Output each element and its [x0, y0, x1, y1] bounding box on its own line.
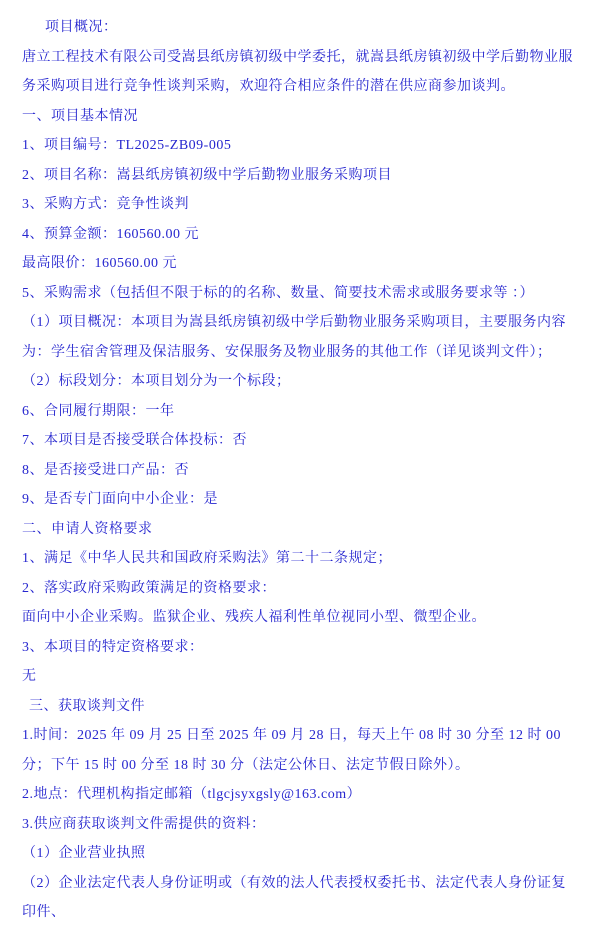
item-business-license: （1）企业营业执照 — [22, 839, 578, 869]
item-specific-qualification-none: 无 — [22, 662, 578, 692]
section1-heading: 一、项目基本情况 — [22, 102, 578, 132]
item-imported-products: 8、是否接受进口产品：否 — [22, 456, 578, 486]
item-lot-division: （2）标段划分：本项目划分为一个标段； — [22, 367, 578, 397]
procurement-announcement-document: 项目概况： 唐立工程技术有限公司受嵩县纸房镇初级中学委托，就嵩县纸房镇初级中学后… — [0, 0, 598, 929]
item-policy-qualification: 2、落实政府采购政策满足的资格要求： — [22, 574, 578, 604]
item-procurement-method: 3、采购方式：竞争性谈判 — [22, 190, 578, 220]
section3-heading: 三、获取谈判文件 — [22, 692, 578, 722]
section2-heading: 二、申请人资格要求 — [22, 515, 578, 545]
item-demand-overview: （1）项目概况：本项目为嵩县纸房镇初级中学后勤物业服务采购项目，主要服务内容为：… — [22, 308, 578, 367]
item-specific-qualification: 3、本项目的特定资格要求： — [22, 633, 578, 663]
intro-paragraph: 唐立工程技术有限公司受嵩县纸房镇初级中学委托，就嵩县纸房镇初级中学后勤物业服务采… — [22, 43, 578, 102]
item-budget-amount: 4、预算金额：160560.00 元 — [22, 220, 578, 250]
item-sme-oriented: 9、是否专门面向中小企业：是 — [22, 485, 578, 515]
item-required-materials: 3.供应商获取谈判文件需提供的资料： — [22, 810, 578, 840]
item-max-price: 最高限价：160560.00 元 — [22, 249, 578, 279]
item-law-article22: 1、满足《中华人民共和国政府采购法》第二十二条规定； — [22, 544, 578, 574]
item-acquisition-time: 1.时间：2025 年 09 月 25 日至 2025 年 09 月 28 日，… — [22, 721, 578, 780]
item-project-name: 2、项目名称：嵩县纸房镇初级中学后勤物业服务采购项目 — [22, 161, 578, 191]
item-sme-policy-detail: 面向中小企业采购。监狱企业、残疾人福利性单位视同小型、微型企业。 — [22, 603, 578, 633]
item-procurement-demand: 5、采购需求（包括但不限于标的的名称、数量、简要技术需求或服务要求等 ：） — [22, 279, 578, 309]
item-consortium-bid: 7、本项目是否接受联合体投标：否 — [22, 426, 578, 456]
project-overview-label: 项目概况： — [22, 13, 578, 43]
item-legal-representative-id: （2）企业法定代表人身份证明或（有效的法人代表授权委托书、法定代表人身份证复印件… — [22, 869, 578, 928]
item-acquisition-location-email: 2.地点：代理机构指定邮箱（tlgcjsyxgsly@163.com） — [22, 780, 578, 810]
item-contract-duration: 6、合同履行期限：一年 — [22, 397, 578, 427]
item-project-number: 1、项目编号：TL2025-ZB09-005 — [22, 131, 578, 161]
